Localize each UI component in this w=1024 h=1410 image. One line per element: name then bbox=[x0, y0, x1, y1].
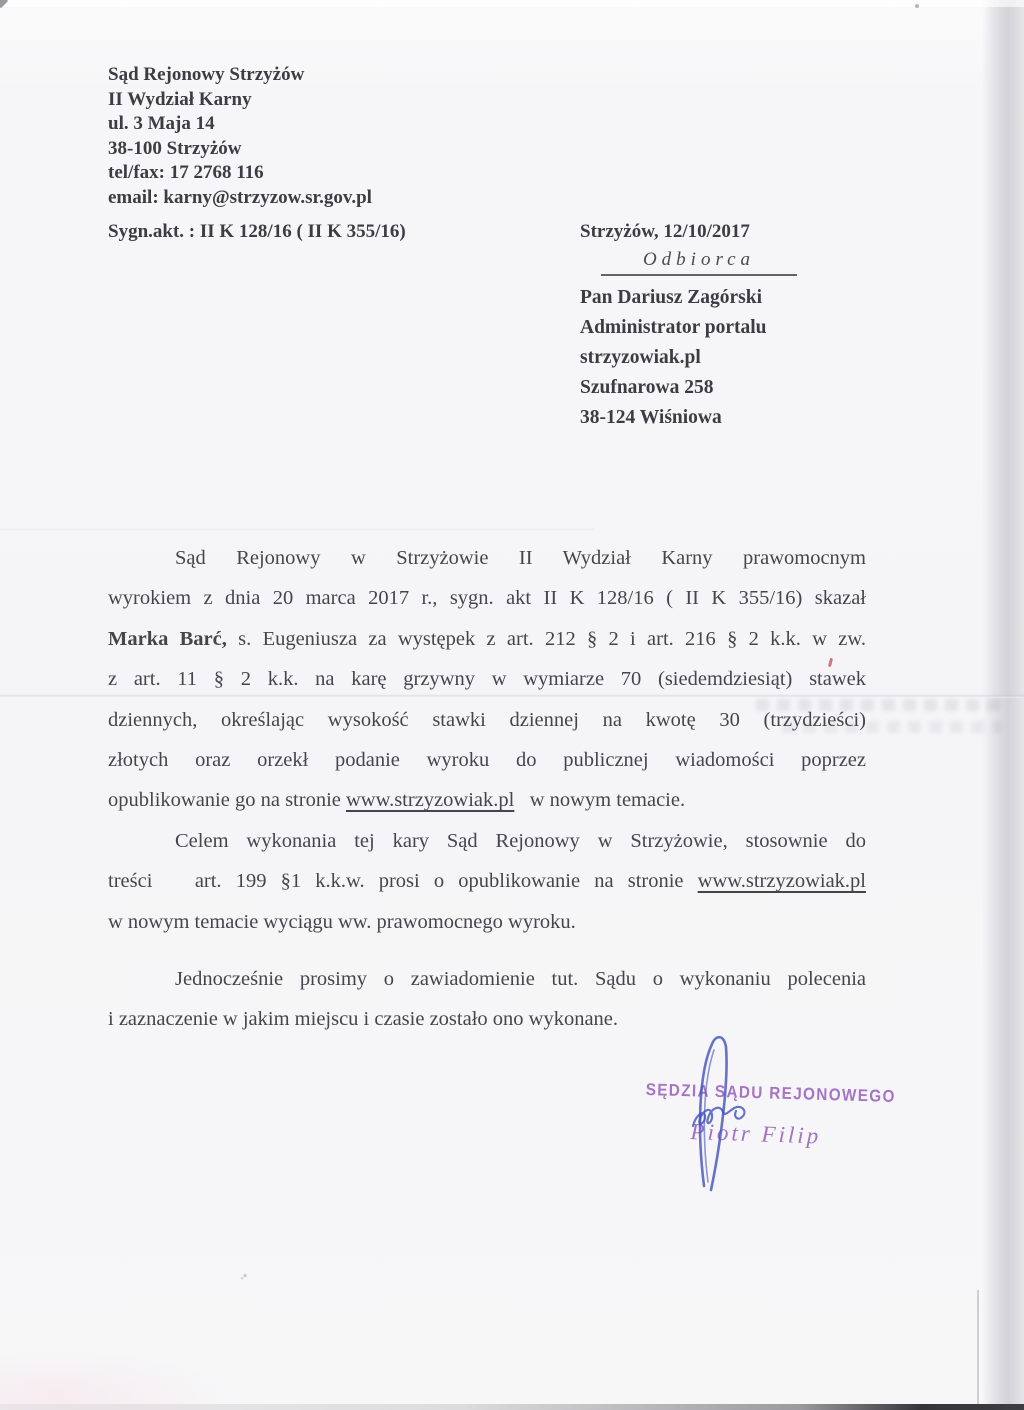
body-line: i zaznaczenie w jakim miejscu i czasie z… bbox=[108, 999, 866, 1039]
recipient-address: Pan Dariusz ZagórskiAdministrator portal… bbox=[580, 283, 767, 433]
body-paragraph: Celem wykonania tej kary Sąd Rejonowy w … bbox=[108, 821, 866, 942]
recipient-line: Szufnarowa 258 bbox=[580, 373, 767, 403]
body-line: z art. 11 § 2 k.k. na karę grzywny w wym… bbox=[108, 659, 866, 699]
body-line: Jednocześnie prosimy o zawiadomienie tut… bbox=[108, 959, 866, 999]
scan-speck bbox=[915, 4, 919, 8]
recipient-line: 38-124 Wiśniowa bbox=[580, 403, 767, 433]
body-line: Marka Barć, s. Eugeniusza za występek z … bbox=[108, 619, 866, 659]
letterhead-line: email: karny@strzyzow.sr.gov.pl bbox=[108, 186, 372, 211]
body-line: opublikowanie go na stronie www.strzyzow… bbox=[108, 780, 866, 820]
paper-edge-line bbox=[977, 1290, 979, 1404]
body-paragraph: Sąd Rejonowy w Strzyżowie II Wydział Kar… bbox=[108, 538, 866, 821]
scanned-letter-page: Sąd Rejonowy StrzyżówII Wydział Karnyul.… bbox=[0, 0, 1024, 1410]
paper-fold-crease-upper bbox=[0, 528, 594, 531]
website-url: www.strzyzowiak.pl bbox=[698, 870, 866, 892]
recipient-line: Administrator portalu bbox=[580, 313, 767, 343]
body-line: złotych oraz orzekł podanie wyroku do pu… bbox=[108, 740, 866, 780]
scan-bottom-edge bbox=[0, 1404, 1024, 1410]
case-reference: Sygn.akt. : II K 128/16 ( II K 355/16) bbox=[108, 221, 406, 243]
sender-letterhead: Sąd Rejonowy StrzyżówII Wydział Karnyul.… bbox=[108, 63, 372, 210]
body-line: treści art. 199 §1 k.k.w. prosi o opubli… bbox=[108, 861, 866, 901]
website-url: www.strzyzowiak.pl bbox=[346, 789, 514, 811]
scan-speck bbox=[240, 1271, 250, 1280]
body-line: Celem wykonania tej kary Sąd Rejonowy w … bbox=[108, 821, 866, 861]
body-line: dziennych, określając wysokość stawki dz… bbox=[108, 700, 866, 740]
body-line: Sąd Rejonowy w Strzyżowie II Wydział Kar… bbox=[108, 538, 866, 578]
letterhead-line: 38-100 Strzyżów bbox=[108, 137, 372, 162]
letterhead-line: Sąd Rejonowy Strzyżów bbox=[108, 63, 372, 88]
body-line: wyrokiem z dnia 20 marca 2017 r., sygn. … bbox=[108, 578, 866, 618]
judge-stamp-name: Piotr Filip bbox=[690, 1119, 822, 1150]
body-line: w nowym temacie wyciągu ww. prawomocnego… bbox=[108, 902, 866, 942]
body-paragraph: Jednocześnie prosimy o zawiadomienie tut… bbox=[108, 959, 866, 1040]
place-and-date: Strzyżów, 12/10/2017 bbox=[580, 221, 750, 243]
letter-body: Sąd Rejonowy w Strzyżowie II Wydział Kar… bbox=[108, 538, 866, 1040]
judge-stamp-title: SĘDZIA SĄDU REJONOWEGO bbox=[645, 1080, 896, 1107]
recipient-line: strzyzowiak.pl bbox=[580, 343, 767, 373]
letterhead-line: tel/fax: 17 2768 116 bbox=[108, 161, 372, 186]
scan-top-edge bbox=[0, 0, 1024, 7]
recipient-heading: Odbiorca bbox=[601, 249, 797, 276]
letterhead-line: II Wydział Karny bbox=[108, 88, 372, 113]
letterhead-line: ul. 3 Maja 14 bbox=[108, 112, 372, 137]
recipient-line: Pan Dariusz Zagórski bbox=[580, 283, 767, 313]
